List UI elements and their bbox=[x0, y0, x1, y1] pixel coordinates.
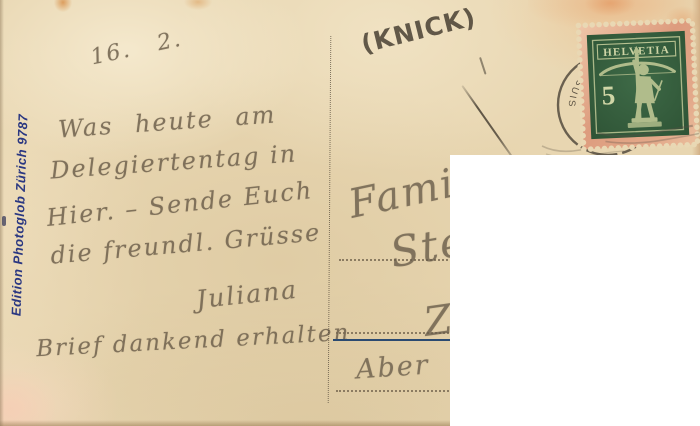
ink-speck bbox=[2, 216, 6, 226]
address-divider-line bbox=[328, 36, 332, 403]
paper-stain bbox=[54, 0, 72, 12]
address-fragment: Aber bbox=[355, 349, 431, 385]
handwritten-date: 16. 2. bbox=[88, 27, 184, 71]
paper-edge-bottom bbox=[0, 420, 452, 426]
crease-annotation: (KNICK) bbox=[358, 2, 479, 58]
crease-mark bbox=[461, 85, 514, 159]
crease-mark-small bbox=[479, 57, 486, 75]
message-line: Brief dankend erhalten bbox=[36, 320, 351, 362]
postcard-back-scan: Edition Photoglob Zürich 9787 16. 2. Was… bbox=[0, 0, 700, 426]
paper-stain bbox=[585, 0, 635, 16]
paper-stain bbox=[0, 370, 55, 426]
message-line: Delegiertentag in bbox=[49, 139, 298, 184]
privacy-cover-rectangle bbox=[450, 155, 700, 426]
message-signature: Juliana bbox=[195, 275, 300, 315]
stamp-denomination: 5 bbox=[601, 80, 616, 111]
paper-stain bbox=[184, 0, 212, 10]
message-line: Was heute am bbox=[57, 100, 277, 143]
publisher-imprint: Edition Photoglob Zürich 9787 bbox=[8, 100, 34, 330]
paper-edge-left bbox=[0, 0, 4, 426]
postage-stamp: HELVETIA 5 bbox=[574, 16, 700, 153]
